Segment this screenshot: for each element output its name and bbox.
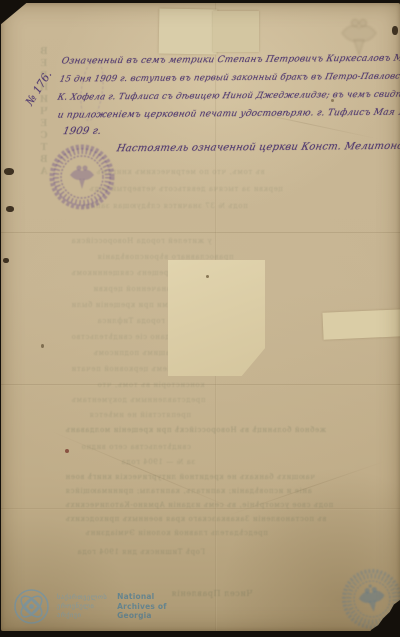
bleedthrough-line: консисторіи въ томъ, что <box>97 381 205 389</box>
ink-speck <box>331 99 334 102</box>
bleedthrough-line: за надлежащимъ подписомъ <box>93 349 214 357</box>
ink-speck <box>65 449 69 453</box>
ink-speck <box>41 344 44 348</box>
edge-mark <box>3 258 9 263</box>
bleedthrough-line: свидѣтельства сего видно <box>81 443 191 451</box>
handwritten-signature-line: Настоятель означенной церкви Конст. Мели… <box>116 141 400 155</box>
bleedthrough-line: представленнымъ документамъ <box>71 396 206 404</box>
bleedthrough-line: аніе и исповѣданіи; капиталъ, капиталы; … <box>65 487 312 495</box>
bleedthrough-line: Горѣ Тишинскъ дня 1904 года <box>77 548 205 556</box>
bleedthrough-line: за № — 1904 года <box>121 458 195 466</box>
handwritten-line-3: К. Хофела г. Тифлиса съ дѣвицею Ниной Дж… <box>57 89 400 102</box>
bleedthrough-line: церкви за тысяча девятьсотъ четвертый го… <box>89 185 283 193</box>
bleedthrough-line: у жителей города Новороссійска <box>71 237 212 245</box>
bleedthrough-line: о чемъ и выдано сіе свидѣтельство <box>71 333 220 341</box>
edge-mark <box>6 206 14 212</box>
logo-text-line: არქივი <box>57 611 107 620</box>
edge-mark <box>392 26 398 35</box>
bleedthrough-line: мѣщане города Тифлиса <box>97 317 200 325</box>
handwritten-line-2: 15 дня 1909 г. вступивъ въ первый законн… <box>59 71 400 84</box>
logo-text-line: Archives of <box>117 602 167 612</box>
bleedthrough-line: препятствій не имѣется <box>89 411 191 419</box>
tape-patch-top-left <box>159 8 218 54</box>
document-paper: ВЕРНИЧЕСТВАвъ томъ, что по метрическимъ … <box>1 3 400 631</box>
scan-background: ВЕРНИЧЕСТВАвъ томъ, что по метрическимъ … <box>0 0 400 637</box>
logo-text-line: ეროვნული <box>57 602 107 611</box>
ink-speck <box>206 275 209 278</box>
archives-logo: საქართველოს ეროვნული არქივი National Arc… <box>13 588 167 625</box>
bleedthrough-line: и приложеніемъ церковной печати <box>71 365 220 373</box>
archives-name-english: National Archives of Georgia <box>117 592 167 621</box>
logo-text-line: Georgia <box>117 611 167 621</box>
fold-crease <box>1 232 400 234</box>
church-seal-stamp <box>47 143 117 213</box>
bleedthrough-line: съ причтомъ означенной церкви <box>93 285 232 293</box>
bleedthrough-line: воспріемниками при крещеніи были <box>71 301 226 309</box>
tape-patch-top-right <box>213 11 259 52</box>
handwritten-line-5: 1909 г. <box>62 126 103 137</box>
archives-name-georgian: საქართველოს ეროვნული არქივი <box>57 593 107 620</box>
logo-text-line: საქართველოს <box>57 593 107 602</box>
bleedthrough-line: въ постановленіи Закавказскаго края воен… <box>65 515 326 523</box>
archives-rosette-icon <box>13 588 50 625</box>
bleedthrough-line: родился сынъ и крещенъ священникомъ <box>71 269 243 277</box>
bleedthrough-line: въ томъ, что по метрическимъ книгамъ <box>96 168 265 176</box>
bleedthrough-line: подъ свое усмотрѣніе, въ семъ изданіи Ар… <box>65 501 333 509</box>
bleedthrough-line: жебной больницѣ въ Новороссійскѣ при кре… <box>65 426 326 434</box>
tape-patch-right <box>322 309 400 339</box>
handwritten-line-4: и приложеніемъ церковной печати удостовѣ… <box>57 107 400 120</box>
bleedthrough-line: Чисел Правленія <box>171 589 252 598</box>
edge-mark <box>4 168 14 175</box>
logo-text-line: National <box>117 592 167 602</box>
bleedthrough-line: чающихъ банкахъ не кредитной литургическ… <box>65 473 315 481</box>
bleedthrough-line: предсѣдатель главной колоніи Эчміадзинъ <box>85 529 268 537</box>
bleedthrough-line: православнаго вѣроисповѣданія <box>97 253 234 261</box>
